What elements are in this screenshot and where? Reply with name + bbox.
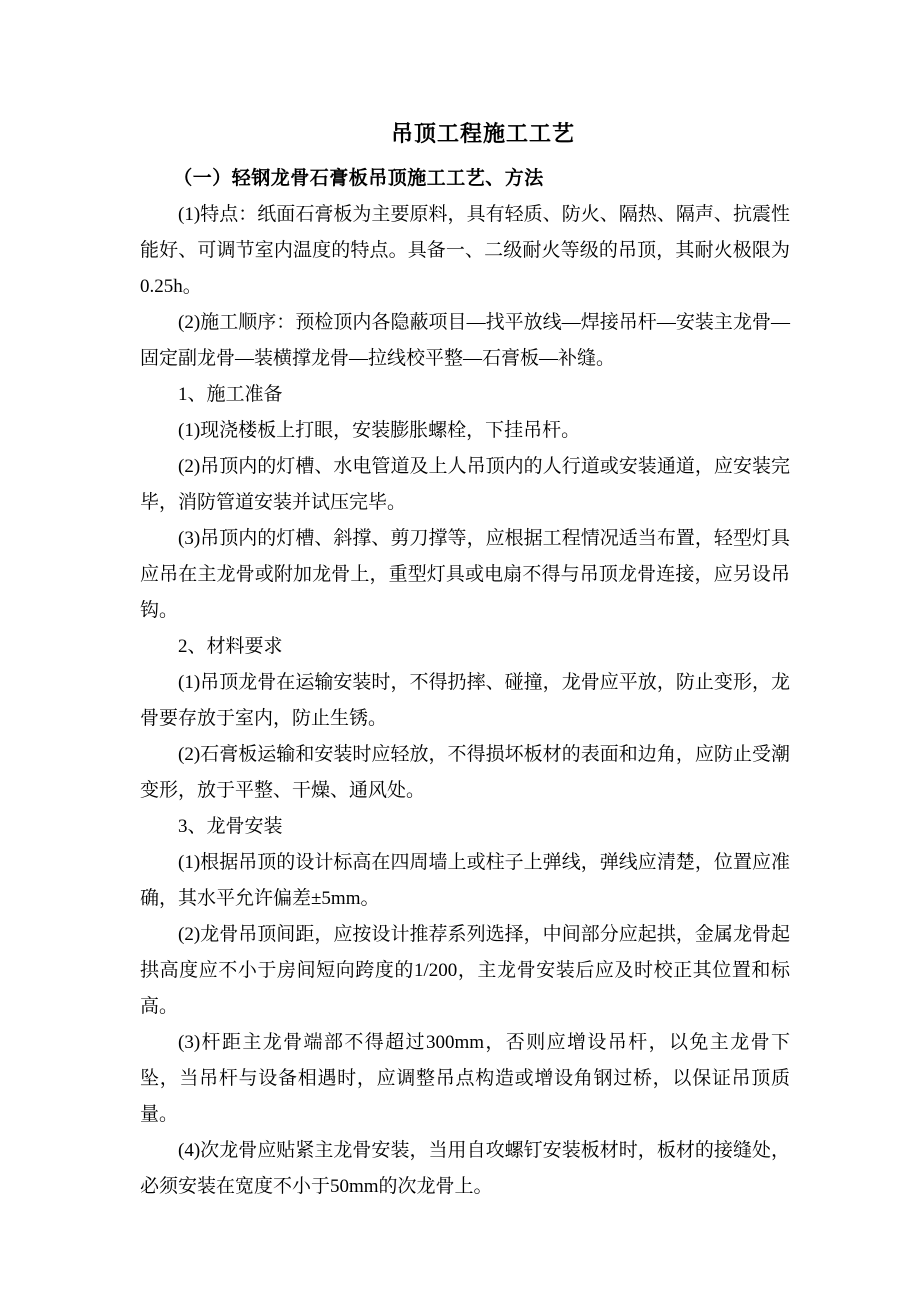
paragraph: (2)施工顺序：预检顶内各隐蔽项目—找平放线—焊接吊杆—安装主龙骨—固定副龙骨—…: [140, 305, 790, 377]
paragraph: (1)吊顶龙骨在运输安装时，不得扔摔、碰撞，龙骨应平放，防止变形，龙骨要存放于室…: [140, 665, 790, 737]
paragraph: (3)吊顶内的灯槽、斜撑、剪刀撑等，应根据工程情况适当布置，轻型灯具应吊在主龙骨…: [140, 521, 790, 629]
paragraph: 3、龙骨安装: [140, 809, 790, 845]
paragraph: (4)次龙骨应贴紧主龙骨安装，当用自攻螺钉安装板材时，板材的接缝处，必须安装在宽…: [140, 1133, 790, 1205]
section-heading: （一）轻钢龙骨石膏板吊顶施工工艺、方法: [140, 161, 790, 197]
paragraph: 1、施工准备: [140, 377, 790, 413]
paragraph: (1)根据吊顶的设计标高在四周墙上或柱子上弹线，弹线应清楚，位置应准确，其水平允…: [140, 845, 790, 917]
paragraph: (2)吊顶内的灯槽、水电管道及上人吊顶内的人行道或安装通道，应安装完毕，消防管道…: [140, 449, 790, 521]
paragraph: (3)杆距主龙骨端部不得超过300mm，否则应增设吊杆，以免主龙骨下坠，当吊杆与…: [140, 1025, 790, 1133]
paragraph: (1)现浇楼板上打眼，安装膨胀螺栓，下挂吊杆。: [140, 413, 790, 449]
paragraph: (2)石膏板运输和安装时应轻放，不得损坏板材的表面和边角，应防止受潮变形，放于平…: [140, 737, 790, 809]
paragraph: (2)龙骨吊顶间距，应按设计推荐系列选择，中间部分应起拱，金属龙骨起拱高度应不小…: [140, 917, 790, 1025]
document-body: (1)特点：纸面石膏板为主要原料，具有轻质、防火、隔热、隔声、抗震性能好、可调节…: [140, 197, 790, 1205]
paragraph: 2、材料要求: [140, 629, 790, 665]
paragraph: (1)特点：纸面石膏板为主要原料，具有轻质、防火、隔热、隔声、抗震性能好、可调节…: [140, 197, 790, 305]
document-page: 吊顶工程施工工艺 （一）轻钢龙骨石膏板吊顶施工工艺、方法 (1)特点：纸面石膏板…: [0, 0, 920, 1302]
document-title: 吊顶工程施工工艺: [140, 116, 790, 152]
